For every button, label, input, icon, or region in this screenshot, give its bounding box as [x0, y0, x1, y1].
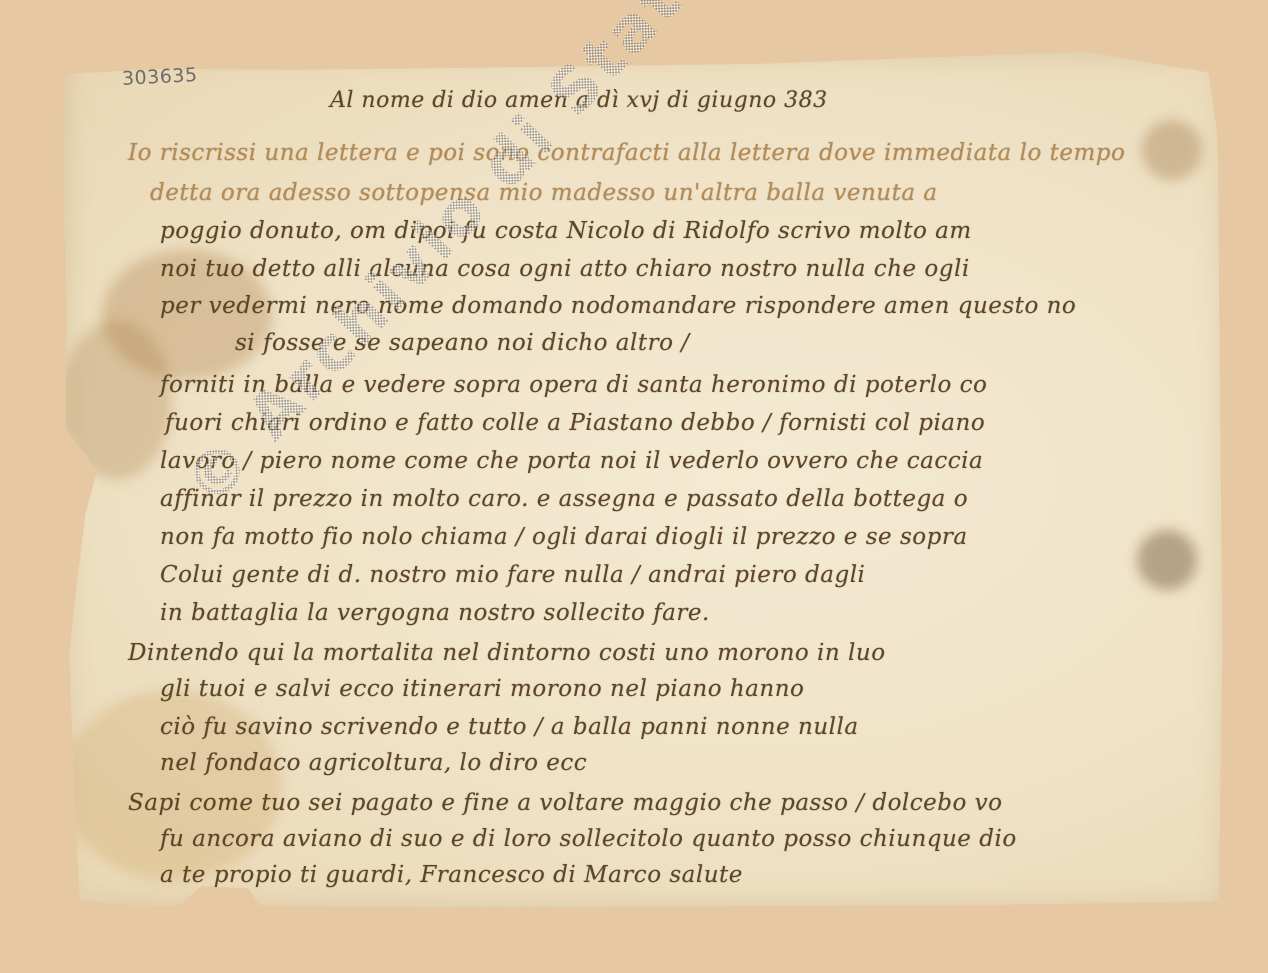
- catalog-number: 303635: [121, 64, 198, 90]
- letter-line: per vedermi nero nome domando nodomandar…: [160, 293, 1076, 319]
- letter-line: Dintendo qui la mortalita nel dintorno c…: [128, 640, 886, 666]
- ink-stain: [1142, 120, 1202, 180]
- letter-line: nel fondaco agricoltura, lo diro ecc: [160, 750, 587, 776]
- letter-line: noi tuo detto alli alcuna cosa ogni atto…: [160, 256, 970, 282]
- letter-line: ciò fu savino scrivendo e tutto / a ball…: [160, 714, 859, 740]
- ink-stain: [1137, 530, 1197, 590]
- letter-line: Io riscrissi una lettera e poi sono cont…: [128, 140, 1125, 166]
- water-stain: [62, 320, 172, 480]
- letter-line: Colui gente di d. nostro mio fare nulla …: [160, 562, 865, 588]
- letter-line: poggio donuto, om dipoi fu costa Nicolo …: [160, 218, 972, 244]
- letter-line: detta ora adesso sottopensa mio madesso …: [150, 180, 938, 206]
- letter-line: Sapi come tuo sei pagato e fine a voltar…: [128, 790, 1003, 816]
- letter-line: a te propio ti guardi, Francesco di Marc…: [160, 862, 743, 888]
- letter-line: non fa motto fio nolo chiama / ogli dara…: [160, 524, 968, 550]
- letter-line: gli tuoi e salvi ecco itinerari morono n…: [160, 676, 804, 702]
- letter-line: in battaglia la vergogna nostro sollecit…: [160, 600, 710, 626]
- letter-line: affinar il prezzo in molto caro. e asseg…: [160, 486, 968, 512]
- letter-line: fu ancora aviano di suo e di loro sollec…: [160, 826, 1017, 852]
